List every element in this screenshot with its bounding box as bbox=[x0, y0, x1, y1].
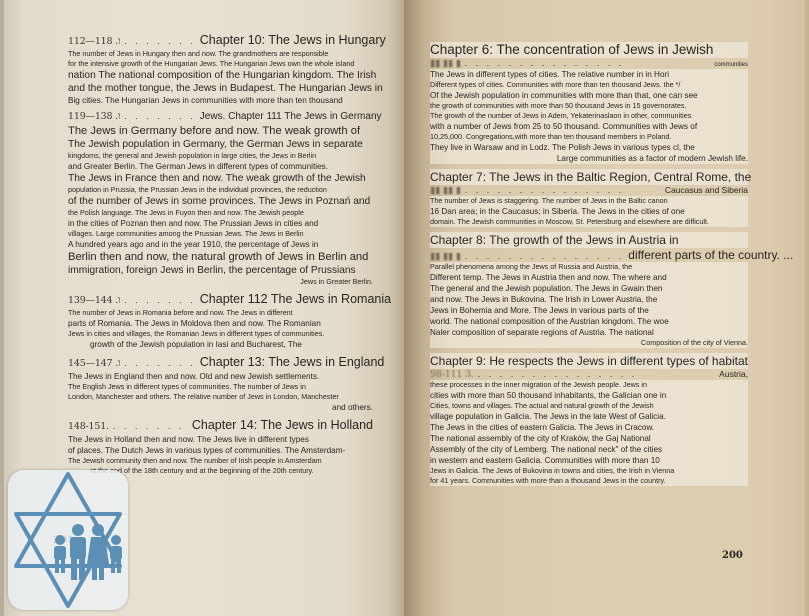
chapter-summary-line: villages. Large communities among the Pr… bbox=[68, 229, 373, 239]
book-spread: 112—118 .ו. . . . . . .Chapter 10: The J… bbox=[0, 0, 809, 616]
chapter-summary-line: growth of the Jewish population in Iasi … bbox=[68, 339, 373, 350]
chapter-summary-line: The national assembly of the city of Kra… bbox=[430, 433, 748, 444]
chapter-summary-line: Jews in Greater Berlin. bbox=[68, 277, 373, 287]
leader-dots: . . . . . . . bbox=[124, 111, 196, 121]
chapter-title-tail: Austria, bbox=[719, 369, 748, 379]
chapter-heading[interactable]: 112—118 .ו. . . . . . .Chapter 10: The J… bbox=[68, 33, 373, 47]
page-range: ▮▮ ▮▮ ▮ bbox=[430, 185, 461, 196]
right-page-number: 200 bbox=[722, 550, 743, 561]
chapter-summary-line: The English Jews in different types of c… bbox=[68, 382, 373, 392]
chapter-heading[interactable]: 145—147 .ו. . . . . . .Chapter 13: The J… bbox=[68, 355, 373, 369]
chapter-summary-line: in the cities of Poznan then and now. Th… bbox=[68, 218, 373, 229]
chapter-summary-line: A hundred years ago and in the year 1910… bbox=[68, 239, 373, 250]
right-page-toc: Chapter 6: The concentration of Jews in … bbox=[430, 42, 748, 491]
chapter-summary-line: Berlin then and now, the natural growth … bbox=[68, 250, 373, 264]
chapter-page-range: ▮▮ ▮▮ ▮. . . . . . . . . . . . . . .Cauc… bbox=[430, 185, 748, 196]
page-range: ▮▮ ▮▮ ▮ bbox=[430, 251, 461, 262]
chapter-summary-line: world. The national composition of the A… bbox=[430, 316, 748, 327]
chapter-heading[interactable]: 148-151.. . . . . . .Chapter 14: The Jew… bbox=[68, 418, 373, 432]
chapter-summary-line: Of the Jewish population in communities … bbox=[430, 90, 748, 101]
left-page-toc: 112—118 .ו. . . . . . .Chapter 10: The J… bbox=[68, 33, 373, 481]
chapter-title: Chapter 14: The Jews in Holland bbox=[192, 418, 373, 432]
chapter-summary-line: in western and eastern Galicia. Communit… bbox=[430, 455, 748, 466]
chapter-summary-line: and now. The Jews in Bukovina. The Irish… bbox=[430, 294, 748, 305]
chapter-title[interactable]: Chapter 9: He respects the Jews in diffe… bbox=[430, 353, 748, 369]
chapter-summary-line: for 41 years. Communities with more than… bbox=[430, 476, 748, 486]
chapter-title: Chapter 112 The Jews in Romania bbox=[200, 292, 391, 306]
chapter-summary-line: of the number of Jews in some provinces.… bbox=[68, 195, 373, 208]
chapter-summary-line: Jews in Bohemia and More. The Jews in va… bbox=[430, 305, 748, 316]
chapter-summary-line: The Jews in Germany before and now. The … bbox=[68, 124, 373, 138]
chapter-summary-line: Big cities. The Hungarian Jews in commun… bbox=[68, 95, 373, 106]
star-of-david-family-icon bbox=[8, 470, 128, 610]
chapter-summary-line: The Jews in Holland then and now. The Je… bbox=[68, 434, 373, 445]
toc-entry: Chapter 8: The growth of the Jews in Aus… bbox=[430, 232, 748, 348]
chapter-summary-line: Cities, towns and villages. The actual a… bbox=[430, 401, 748, 411]
chapter-title: Jews. Chapter 111 The Jews in Germany bbox=[200, 111, 382, 122]
chapter-heading[interactable]: 139—144 .ו. . . . . . .Chapter 112 The J… bbox=[68, 292, 373, 306]
chapter-summary-line: village population in Galicia. The Jews … bbox=[430, 411, 748, 422]
page-range: 112—118 .ו bbox=[68, 36, 120, 47]
toc-entry: 148-151.. . . . . . .Chapter 14: The Jew… bbox=[68, 418, 373, 476]
chapter-summary-line: these processes in the inner migration o… bbox=[430, 380, 748, 390]
chapter-title-tail: communities bbox=[714, 62, 748, 68]
chapter-summary-line: nation The national composition of the H… bbox=[68, 69, 373, 82]
chapter-summary-line: Large communities as a factor of modern … bbox=[430, 153, 748, 164]
page-range: ▮▮ ▮▮ ▮ bbox=[430, 58, 461, 69]
chapter-title: Chapter 10: The Jews in Hungary bbox=[200, 33, 386, 47]
chapter-title-tail: Caucasus and Siberia bbox=[665, 185, 748, 195]
leader-dots: . . . . . . . bbox=[124, 36, 196, 46]
leader-dots: . . . . . . . . . . . . . . . bbox=[465, 185, 625, 195]
chapter-summary-line: 10,25,000. Congregations,with more than … bbox=[430, 132, 748, 142]
chapter-summary-line: 16 Dan area; in the Caucasus; in Siberia… bbox=[430, 206, 748, 217]
chapter-summary-line: the growth of communities with more than… bbox=[430, 101, 748, 111]
chapter-summary-line: The Jews in France then and now. The wea… bbox=[68, 172, 373, 185]
toc-entry: 119—138 .ו. . . . . . .Jews. Chapter 111… bbox=[68, 111, 373, 287]
leader-dots: . . . . . . . . . . . . . . . bbox=[465, 251, 625, 261]
chapter-summary-line: Jews in Galicia. The Jews of Bukovina in… bbox=[430, 466, 748, 476]
chapter-summary-line: Jews in cities and villages, the Romania… bbox=[68, 329, 373, 339]
leader-dots: . . . . . . . . . . . . . . . bbox=[478, 369, 638, 379]
page-range: 98-111 3. bbox=[430, 369, 474, 380]
toc-entry: Chapter 7: The Jews in the Baltic Region… bbox=[430, 169, 748, 227]
toc-entry: Chapter 6: The concentration of Jews in … bbox=[430, 42, 748, 164]
leader-dots: . . . . . . . bbox=[113, 421, 185, 431]
chapter-title[interactable]: Chapter 8: The growth of the Jews in Aus… bbox=[430, 232, 748, 248]
chapter-page-range: 98-111 3.. . . . . . . . . . . . . . .Au… bbox=[430, 369, 748, 380]
chapter-summary-line: cities with more than 50 thousand inhabi… bbox=[430, 390, 748, 401]
leader-dots: . . . . . . . bbox=[124, 358, 196, 368]
page-range: 145—147 .ו bbox=[68, 358, 120, 369]
toc-entry: Chapter 9: He respects the Jews in diffe… bbox=[430, 353, 748, 486]
leader-dots: . . . . . . . bbox=[124, 295, 196, 305]
chapter-summary-line: of places. The Dutch Jews in various typ… bbox=[68, 445, 373, 456]
chapter-summary-line: The Jews in England then and now. Old an… bbox=[68, 371, 373, 382]
chapter-title[interactable]: Chapter 7: The Jews in the Baltic Region… bbox=[430, 169, 748, 185]
chapter-summary-line: and Greater Berlin. The German Jews in d… bbox=[68, 161, 373, 172]
chapter-summary-line: The general and the Jewish population. T… bbox=[430, 283, 748, 294]
page-range: 148-151. bbox=[68, 421, 109, 432]
chapter-page-range: ▮▮ ▮▮ ▮. . . . . . . . . . . . . . .diff… bbox=[430, 248, 748, 262]
chapter-summary-line: with a number of Jews from 25 to 50 thou… bbox=[430, 121, 748, 132]
chapter-summary-line: Assembly of the city of Lemberg. The nat… bbox=[430, 444, 748, 455]
chapter-summary-line: and the mother tongue, the Jews in Budap… bbox=[68, 82, 373, 95]
chapter-summary-line: Naler composition of separate regions of… bbox=[430, 327, 748, 338]
chapter-page-range: ▮▮ ▮▮ ▮. . . . . . . . . . . . . . .comm… bbox=[430, 58, 748, 69]
chapter-summary-line: London, Manchester and others. The relat… bbox=[68, 392, 373, 402]
chapter-summary-line: Different temp. The Jews in Austria then… bbox=[430, 272, 748, 283]
chapter-summary-line: and others. bbox=[68, 402, 373, 413]
chapter-summary-line: parts of Romania. The Jews in Moldova th… bbox=[68, 318, 373, 329]
chapter-summary-line: The number of Jews is staggering. The nu… bbox=[430, 196, 748, 206]
chapter-summary-line: The growth of the number of Jews in Adem… bbox=[430, 111, 748, 121]
page-range: 119—138 .ו bbox=[68, 111, 120, 122]
right-page: Chapter 6: The concentration of Jews in … bbox=[404, 0, 809, 616]
toc-entry: 139—144 .ו. . . . . . .Chapter 112 The J… bbox=[68, 292, 373, 350]
chapter-summary-line: Different types of cities. Communities w… bbox=[430, 80, 748, 90]
chapter-summary-line: The Jews in the cities of eastern Galici… bbox=[430, 422, 748, 433]
chapter-summary-line: The Jewish population in Germany, the Ge… bbox=[68, 138, 373, 151]
chapter-title: Chapter 13: The Jews in England bbox=[200, 355, 385, 369]
chapter-heading[interactable]: 119—138 .ו. . . . . . .Jews. Chapter 111… bbox=[68, 111, 373, 122]
chapter-title-tail: different parts of the country. ... bbox=[628, 248, 793, 262]
watermark-logo bbox=[8, 470, 128, 610]
chapter-summary-line: Composition of the city of Vienna. bbox=[430, 338, 748, 348]
chapter-summary-line: The Jews in different types of cities. T… bbox=[430, 69, 748, 80]
chapter-title[interactable]: Chapter 6: The concentration of Jews in … bbox=[430, 42, 748, 58]
chapter-summary-line: the Polish language. The Jews in Fuyon t… bbox=[68, 208, 373, 218]
leader-dots: . . . . . . . . . . . . . . . bbox=[465, 58, 625, 68]
chapter-summary-line: immigration, foreign Jews in Berlin, the… bbox=[68, 264, 373, 277]
chapter-summary-line: The Jewish community then and now. The n… bbox=[68, 456, 373, 466]
chapter-summary-line: domain. The Jewish communities in Moscow… bbox=[430, 217, 748, 227]
chapter-summary-line: for the intensive growth of the Hungaria… bbox=[68, 59, 373, 69]
page-range: 139—144 .ו bbox=[68, 295, 120, 306]
chapter-summary-line: population in Prussia, the Prussian Jews… bbox=[68, 185, 373, 195]
chapter-summary-line: Parallel phenomena among the Jews of Rus… bbox=[430, 262, 748, 272]
toc-entry: 145—147 .ו. . . . . . .Chapter 13: The J… bbox=[68, 355, 373, 413]
chapter-summary-line: The number of Jews in Hungary then and n… bbox=[68, 49, 373, 59]
toc-entry: 112—118 .ו. . . . . . .Chapter 10: The J… bbox=[68, 33, 373, 106]
chapter-summary-line: They live in Warsaw and in Lodz. The Pol… bbox=[430, 142, 748, 153]
chapter-summary-line: kingdoms, the general and Jewish populat… bbox=[68, 151, 373, 161]
chapter-summary-line: The number of Jews in Romania before and… bbox=[68, 308, 373, 318]
